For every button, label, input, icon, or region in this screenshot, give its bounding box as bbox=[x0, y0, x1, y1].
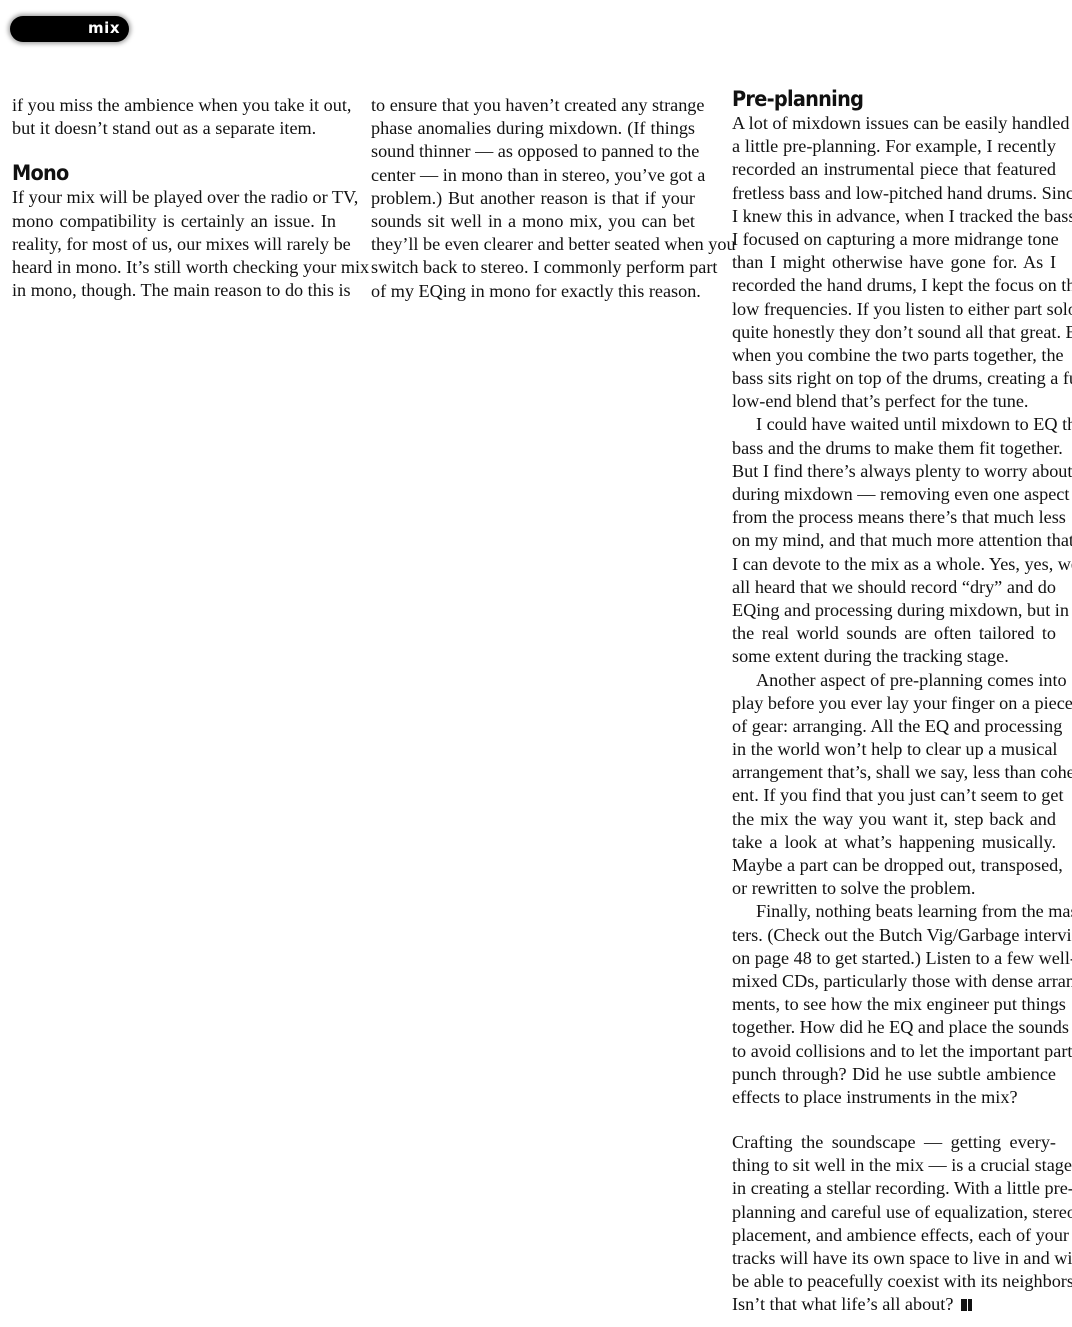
text-line: they’ll be even clearer and better seate… bbox=[371, 233, 695, 256]
text-line: bass sits right on top of the drums, cre… bbox=[732, 367, 1056, 390]
paragraph: I could have waited until mixdown to EQ … bbox=[732, 413, 1056, 668]
text-line: But I find there’s always plenty to worr… bbox=[732, 460, 1056, 483]
text-line: A lot of mixdown issues can be easily ha… bbox=[732, 112, 1056, 135]
text-line: take a look at what’s happening musicall… bbox=[732, 831, 1056, 854]
paragraph: A lot of mixdown issues can be easily ha… bbox=[732, 112, 1056, 413]
text-line: together. How did he EQ and place the so… bbox=[732, 1016, 1056, 1039]
text-line: sounds sit well in a mono mix, you can b… bbox=[371, 210, 695, 233]
text-line: in mono, though. The main reason to do t… bbox=[12, 279, 336, 302]
text-line: from the process means there’s that much… bbox=[732, 506, 1056, 529]
text-line: some extent during the tracking stage. bbox=[732, 645, 1056, 668]
text-line: low frequencies. If you listen to either… bbox=[732, 298, 1056, 321]
text-line: mixed CDs, particularly those with dense… bbox=[732, 970, 1056, 993]
spacer bbox=[732, 1109, 1056, 1131]
text-line: I focused on capturing a more midrange t… bbox=[732, 228, 1056, 251]
text-line: in the world won’t help to clear up a mu… bbox=[732, 738, 1056, 761]
text-line: low-end blend that’s perfect for the tun… bbox=[732, 390, 1056, 413]
text-line: play before you ever lay your finger on … bbox=[732, 692, 1056, 715]
text-line: Crafting the soundscape — getting every- bbox=[732, 1131, 1056, 1154]
spacer bbox=[12, 140, 336, 160]
column-2: to ensure that you haven’t created any s… bbox=[371, 94, 695, 303]
text-line: arrangement that’s, shall we say, less t… bbox=[732, 761, 1056, 784]
text-line: sound thinner — as opposed to panned to … bbox=[371, 140, 695, 163]
text-line: than I might otherwise have gone for. As… bbox=[732, 251, 1056, 274]
section-tab-label: mix bbox=[88, 19, 120, 37]
paragraph: Finally, nothing beats learning from the… bbox=[732, 900, 1056, 1109]
text-line: recorded the hand drums, I kept the focu… bbox=[732, 274, 1056, 297]
column-3: Pre-planning A lot of mixdown issues can… bbox=[732, 86, 1056, 1317]
final-sentence: Isn’t that what life’s all about? bbox=[732, 1294, 953, 1314]
text-line: Finally, nothing beats learning from the… bbox=[732, 900, 1056, 923]
text-line: in creating a stellar recording. With a … bbox=[732, 1177, 1056, 1200]
text-line: phase anomalies during mixdown. (If thin… bbox=[371, 117, 695, 140]
text-line: EQing and processing during mixdown, but… bbox=[732, 599, 1056, 622]
closing-paragraph: Crafting the soundscape — getting every-… bbox=[732, 1131, 1056, 1317]
text-line: switch back to stereo. I commonly perfor… bbox=[371, 256, 695, 279]
text-line: the real world sounds are often tailored… bbox=[732, 622, 1056, 645]
text-line: tracks will have its own space to live i… bbox=[732, 1247, 1056, 1270]
text-line: when you combine the two parts together,… bbox=[732, 344, 1056, 367]
text-line: quite honestly they don’t sound all that… bbox=[732, 321, 1056, 344]
text-line: mono compatibility is certainly an issue… bbox=[12, 210, 336, 233]
text-line: punch through? Did he use subtle ambienc… bbox=[732, 1063, 1056, 1086]
text-line: during mixdown — removing even one aspec… bbox=[732, 483, 1056, 506]
text-line: Another aspect of pre-planning comes int… bbox=[732, 669, 1056, 692]
text-line: on page 48 to get started.) Listen to a … bbox=[732, 947, 1056, 970]
text-line: ters. (Check out the Butch Vig/Garbage i… bbox=[732, 924, 1056, 947]
end-of-article-square-icon bbox=[961, 1299, 972, 1311]
text-line: but it doesn’t stand out as a separate i… bbox=[12, 117, 336, 140]
text-line: placement, and ambience effects, each of… bbox=[732, 1224, 1056, 1247]
text-line: of my EQing in mono for exactly this rea… bbox=[371, 280, 695, 303]
text-line: Maybe a part can be dropped out, transpo… bbox=[732, 854, 1056, 877]
section-heading-mono: Mono bbox=[12, 160, 310, 186]
paragraph: to ensure that you haven’t created any s… bbox=[371, 94, 695, 303]
text-line: ent. If you find that you just can’t see… bbox=[732, 784, 1056, 807]
text-line: to ensure that you haven’t created any s… bbox=[371, 94, 695, 117]
text-line: a little pre-planning. For example, I re… bbox=[732, 135, 1056, 158]
text-line: of gear: arranging. All the EQ and proce… bbox=[732, 715, 1056, 738]
text-line: reality, for most of us, our mixes will … bbox=[12, 233, 336, 256]
text-line: problem.) But another reason is that if … bbox=[371, 187, 695, 210]
text-line: if you miss the ambience when you take i… bbox=[12, 94, 336, 117]
paragraph: if you miss the ambience when you take i… bbox=[12, 94, 336, 140]
section-tab: mix bbox=[10, 16, 129, 42]
text-line: to avoid collisions and to let the impor… bbox=[732, 1040, 1056, 1063]
text-line: thing to sit well in the mix — is a cruc… bbox=[732, 1154, 1056, 1177]
text-line: center — in mono than in stereo, you’ve … bbox=[371, 164, 695, 187]
text-line: I can devote to the mix as a whole. Yes,… bbox=[732, 553, 1056, 576]
text-line: or rewritten to solve the problem. bbox=[732, 877, 1056, 900]
text-line: be able to peacefully coexist with its n… bbox=[732, 1270, 1056, 1293]
text-line: effects to place instruments in the mix? bbox=[732, 1086, 1056, 1109]
column-1: if you miss the ambience when you take i… bbox=[12, 94, 336, 302]
paragraph: If your mix will be played over the radi… bbox=[12, 186, 336, 302]
text-line: bass and the drums to make them fit toge… bbox=[732, 437, 1056, 460]
text-line: fretless bass and low-pitched hand drums… bbox=[732, 182, 1056, 205]
text-line: If your mix will be played over the radi… bbox=[12, 186, 336, 209]
text-line: ments, to see how the mix engineer put t… bbox=[732, 993, 1056, 1016]
text-line-final: Isn’t that what life’s all about? bbox=[732, 1293, 1056, 1316]
text-line: planning and careful use of equalization… bbox=[732, 1201, 1056, 1224]
section-heading-pre-planning: Pre-planning bbox=[732, 86, 1030, 112]
text-line: heard in mono. It’s still worth checking… bbox=[12, 256, 336, 279]
paragraph: Another aspect of pre-planning comes int… bbox=[732, 669, 1056, 901]
text-line: I knew this in advance, when I tracked t… bbox=[732, 205, 1056, 228]
text-line: I could have waited until mixdown to EQ … bbox=[732, 413, 1056, 436]
text-line: recorded an instrumental piece that feat… bbox=[732, 158, 1056, 181]
text-line: all heard that we should record “dry” an… bbox=[732, 576, 1056, 599]
text-line: the mix the way you want it, step back a… bbox=[732, 808, 1056, 831]
text-line: on my mind, and that much more attention… bbox=[732, 529, 1056, 552]
